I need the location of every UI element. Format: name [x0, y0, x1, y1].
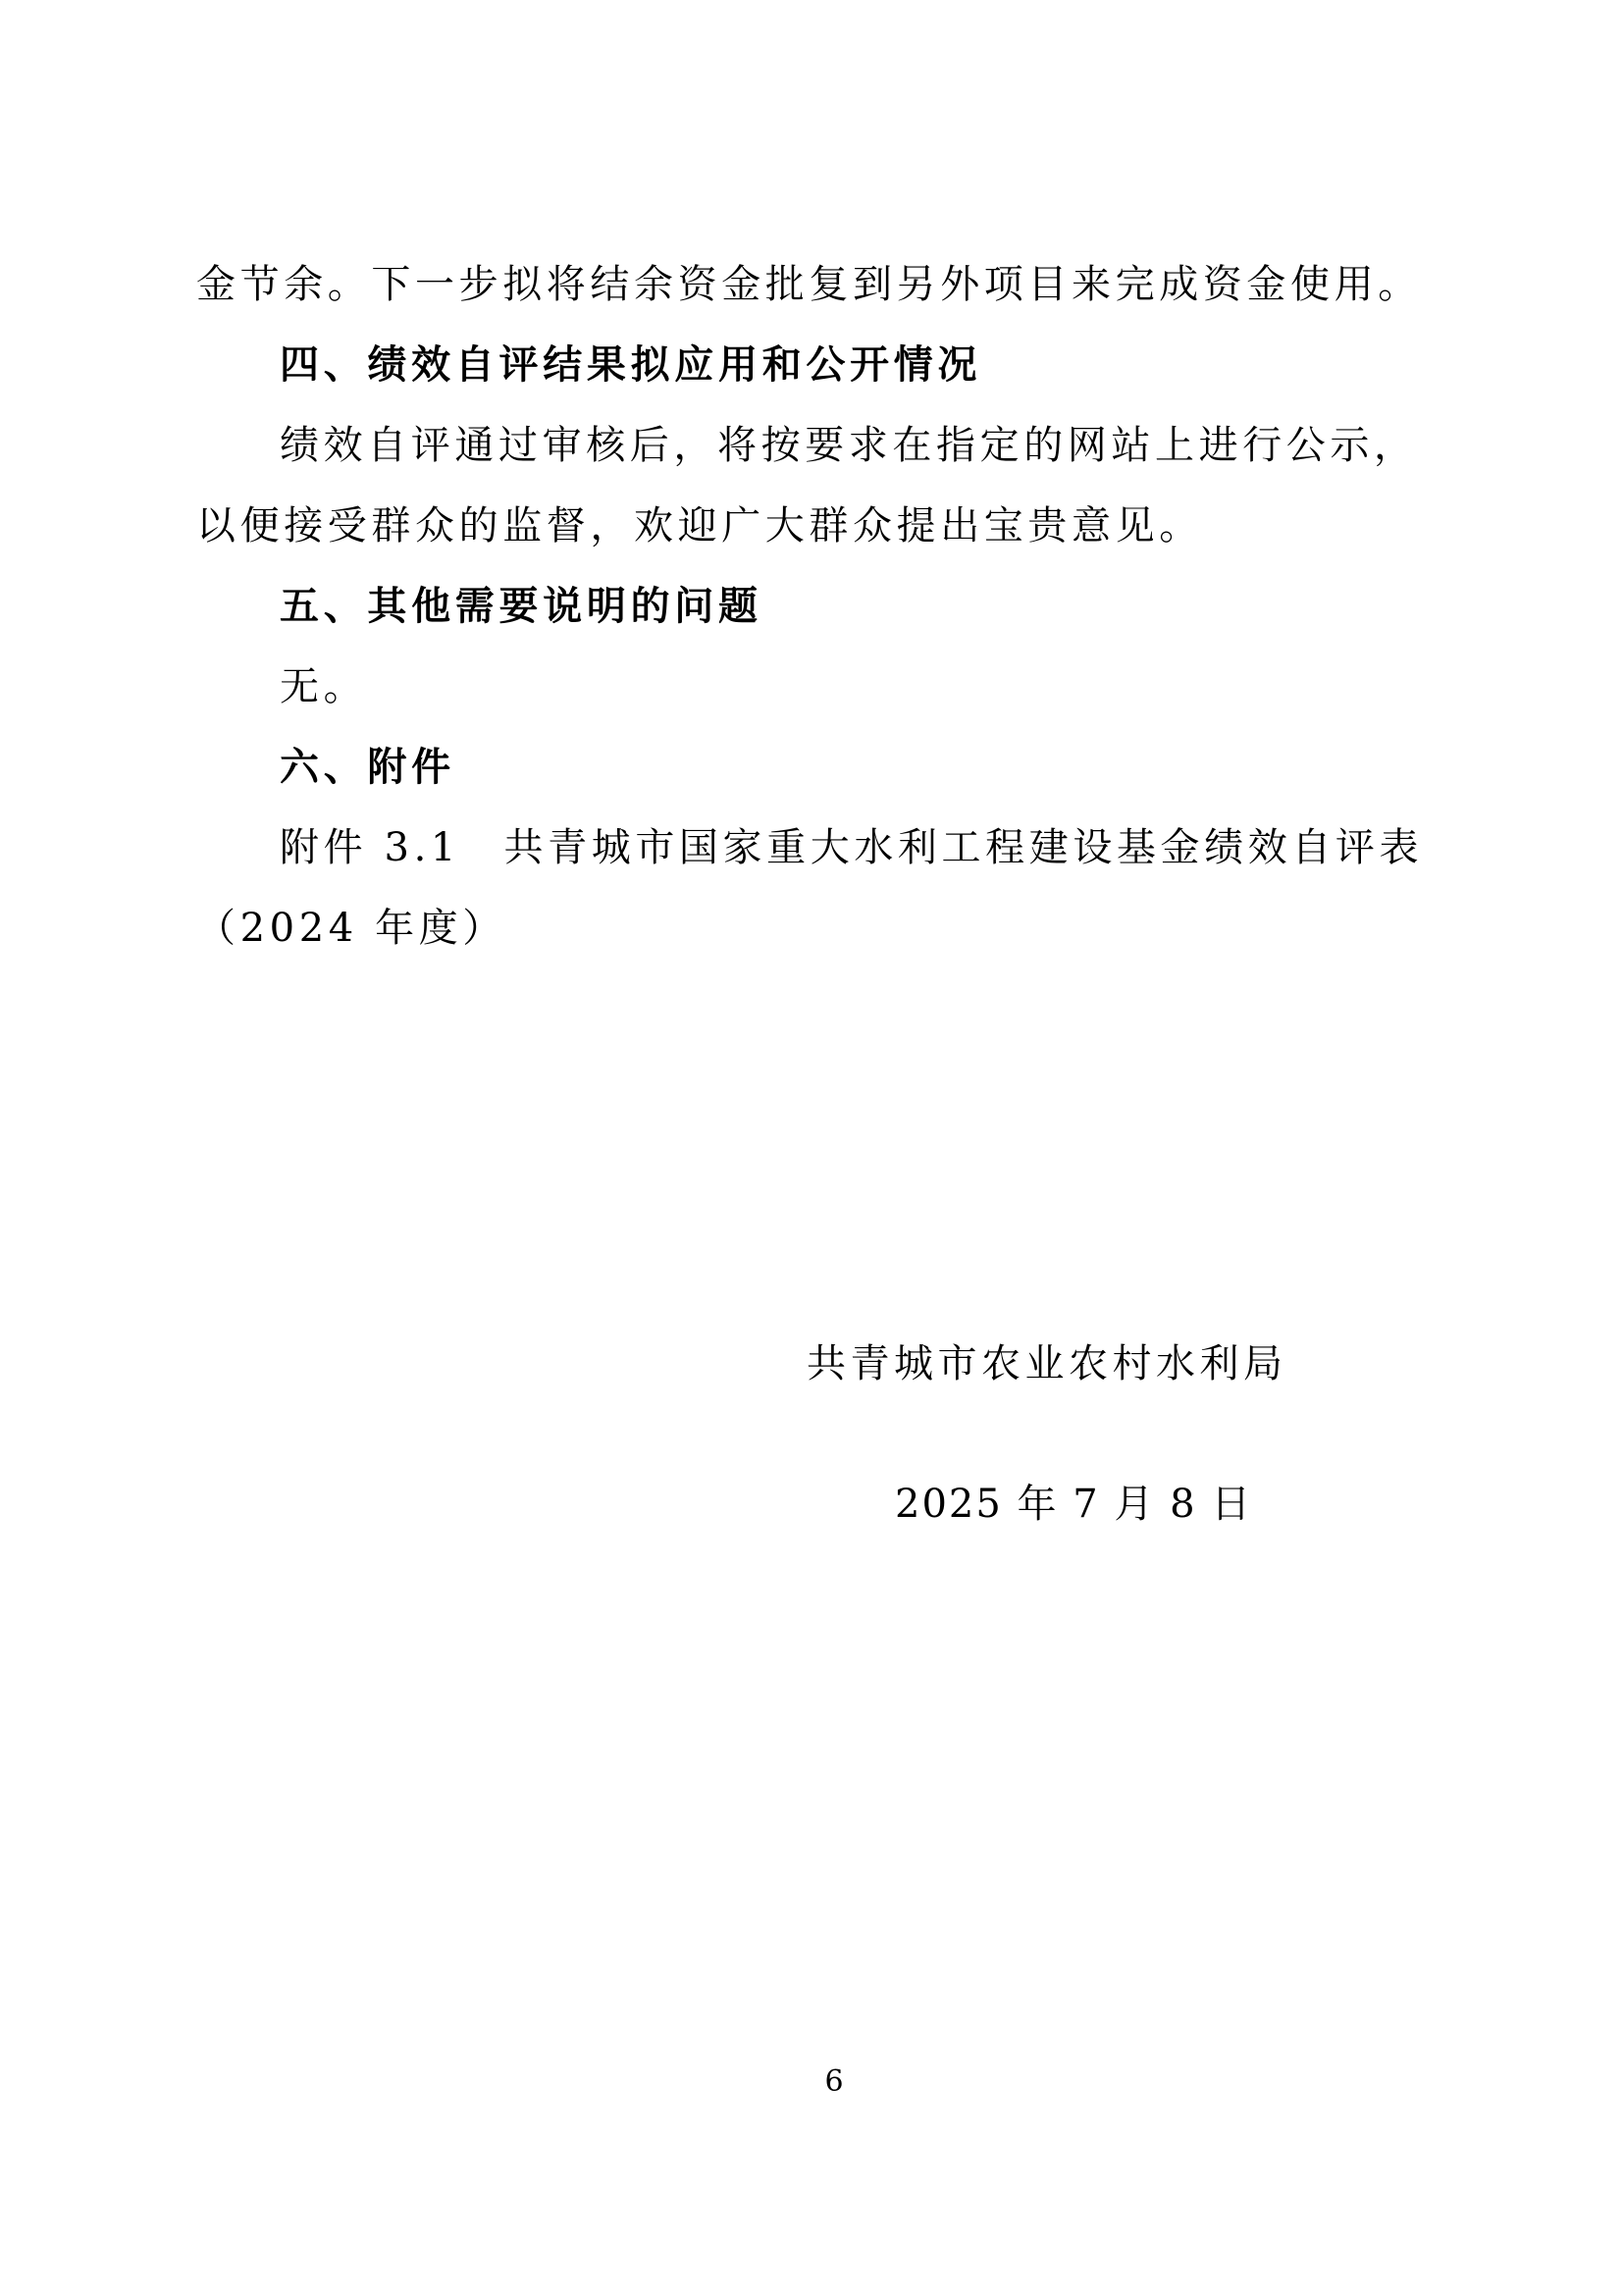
attachment-year-line: （2024 年度） [196, 901, 506, 956]
section-heading-5: 五、其他需要说明的问题 [280, 579, 762, 634]
page-number: 6 [0, 2063, 1623, 2101]
document-page: 金节余。下一步拟将结余资金批复到另外项目来完成资金使用。 四、绩效自评结果拟应用… [0, 0, 1623, 2296]
issuing-agency-signature: 共青城市农业农村水利局 [807, 1336, 1287, 1391]
body-line-paragraph-start: 绩效自评通过审核后，将按要求在指定的网站上进行公示， [280, 418, 1418, 473]
section-heading-6: 六、附件 [280, 740, 455, 795]
document-date: 2025 年 7 月 8 日 [895, 1477, 1252, 1532]
attachment-reference-line: 附件 3.1 共青城市国家重大水利工程建设基金绩效自评表 [280, 820, 1423, 875]
body-line-continuation: 金节余。下一步拟将结余资金批复到另外项目来完成资金使用。 [196, 257, 1422, 312]
body-line-none: 无。 [280, 659, 367, 714]
section-heading-4: 四、绩效自评结果拟应用和公开情况 [280, 338, 981, 392]
body-line-paragraph-end: 以便接受群众的监督，欢迎广大群众提出宝贵意见。 [196, 498, 1203, 553]
